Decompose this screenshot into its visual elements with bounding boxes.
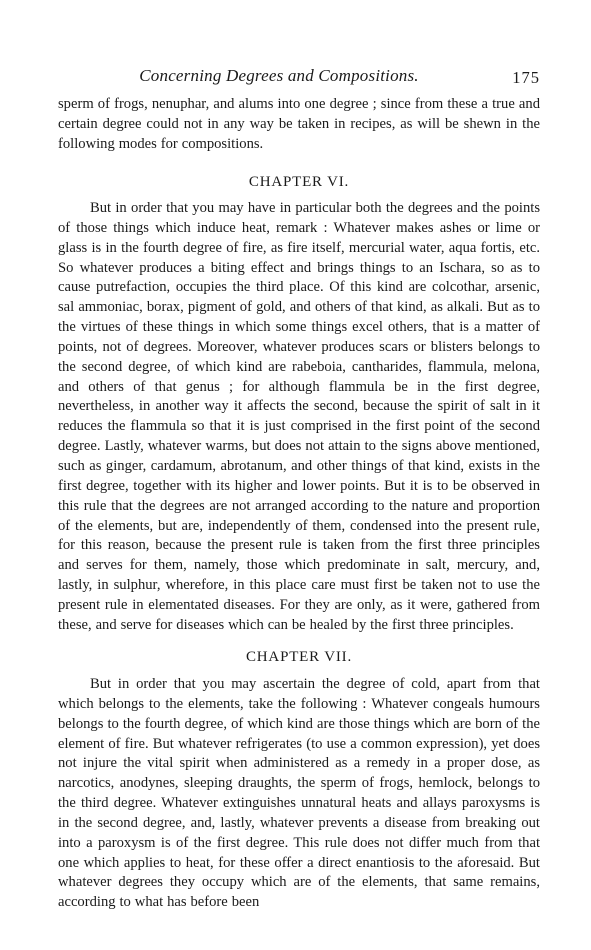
chapter-vii-body: But in order that you may ascertain the … [58, 675, 540, 913]
chapter-heading-vii: CHAPTER VII. [58, 649, 540, 666]
page-number: 175 [512, 68, 540, 88]
chapter-heading-vi: CHAPTER VI. [58, 174, 540, 191]
continuation-block: sperm of frogs, nenuphar, and alums into… [58, 95, 540, 155]
continuation-paragraph: sperm of frogs, nenuphar, and alums into… [58, 95, 540, 155]
chapter-vii-paragraph: But in order that you may ascertain the … [58, 675, 540, 913]
running-head: Concerning Degrees and Compositions. 175 [58, 66, 540, 90]
chapter-vi-body: But in order that you may have in partic… [58, 199, 540, 636]
chapter-vi-paragraph: But in order that you may have in partic… [58, 199, 540, 636]
running-title: Concerning Degrees and Compositions. [58, 66, 500, 86]
